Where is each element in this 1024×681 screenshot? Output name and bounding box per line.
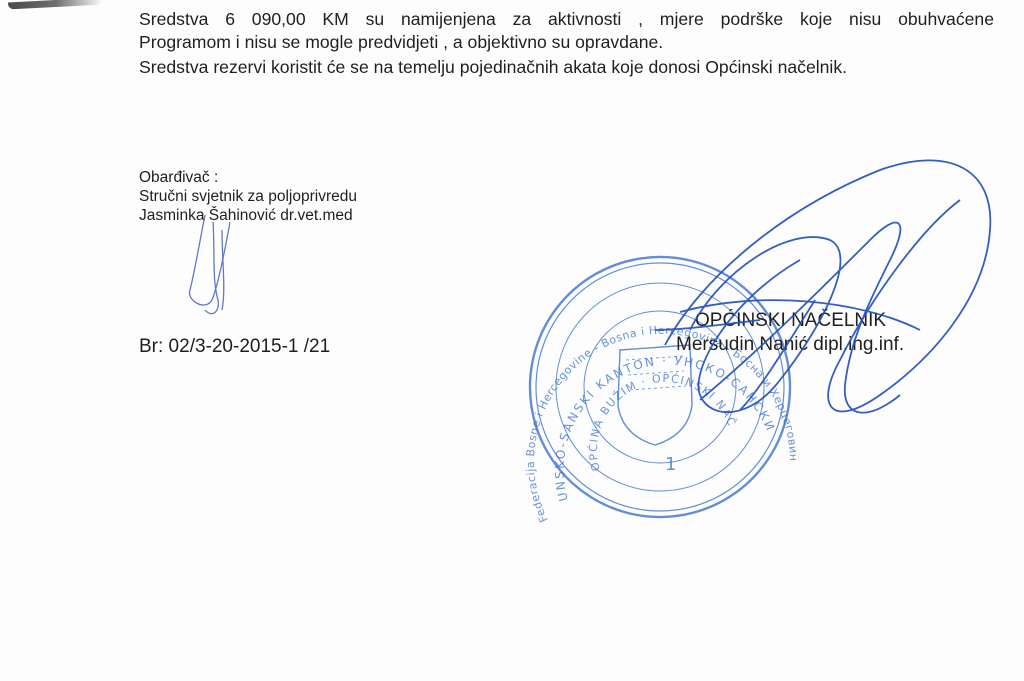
svg-text:1: 1 <box>665 454 676 475</box>
signatory-name: Mersudin Nanić dipl.ing.inf. <box>676 334 904 356</box>
reserve-funds-paragraph-line-2: Programom i nisu se mogle predvidjeti , … <box>139 31 663 53</box>
scanned-document-page: Sredstva 6 090,00 KM su namijenjena za a… <box>0 0 1024 681</box>
mayor-signature-icon <box>655 160 990 412</box>
preparer-name: Jasminka Šahinović dr.vet.med <box>139 206 353 225</box>
signatory-title: OPĆINSKI NAČELNIK <box>695 310 886 332</box>
preparer-label: Obarđivač : <box>139 168 218 187</box>
reference-number: Br: 02/3-20-2015-1 /21 <box>139 336 330 358</box>
reserve-funds-paragraph-line-1: Sredstva 6 090,00 KM su namijenjena za a… <box>139 8 994 30</box>
scan-edge-shadow <box>8 0 103 9</box>
svg-text:Federacija Bosne i Hercegovine: Federacija Bosne i Hercegovine - Bosna i… <box>0 0 800 524</box>
reserve-funds-usage-paragraph: Sredstva rezervi koristit će se na temel… <box>139 56 847 78</box>
preparer-role: Stručni svjetnik za poljoprivredu <box>139 187 357 206</box>
preparer-signature-icon <box>189 215 230 314</box>
